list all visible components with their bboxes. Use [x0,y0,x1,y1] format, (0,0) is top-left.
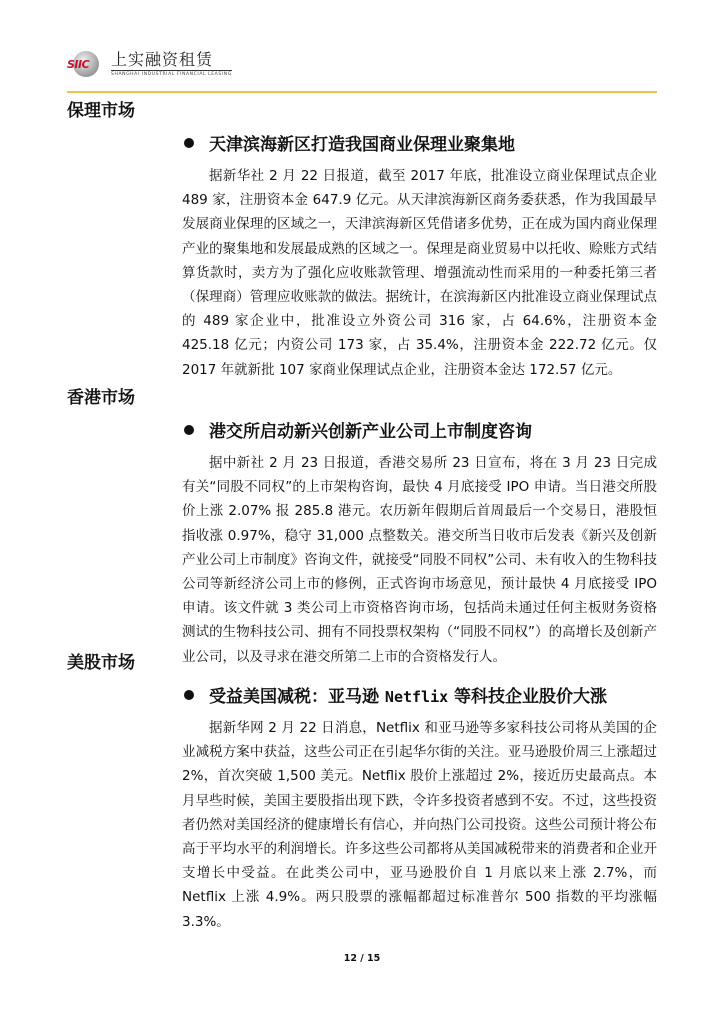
article-title-tianjin: 天津滨海新区打造我国商业保理业聚集地 [182,130,515,155]
header-divider [67,91,657,93]
section-title-factoring: 保理市场 [67,96,135,121]
section-title-us-stocks: 美股市场 [67,648,135,673]
siic-logo-icon: SIIC [67,51,107,77]
company-logo: SIIC 上实融资租赁 SHANGHAI INDUSTRIAL FINANCIA… [67,48,232,80]
article-title-us-tax: 受益美国减税：亚马逊 Netflix 等科技企业股价大涨 [182,682,607,707]
section-title-hongkong: 香港市场 [67,383,135,408]
article-body-us-tax: 据新华网 2 月 22 日消息，Netflix 和亚马逊等多家科技公司将从美国的… [182,716,657,934]
article-title-hkex: 港交所启动新兴创新产业公司上市制度咨询 [182,417,532,442]
company-name-cn: 上实融资租赁 [111,51,232,71]
company-name-en: SHANGHAI INDUSTRIAL FINANCIAL LEASING [111,72,232,77]
article-body-tianjin: 据新华社 2 月 22 日报道，截至 2017 年底，批准设立商业保理试点企业 … [182,164,657,382]
page-number: 12 / 15 [0,953,724,964]
article-body-hkex: 据中新社 2 月 23 日报道，香港交易所 23 日宣布，将在 3 月 23 日… [182,451,657,669]
